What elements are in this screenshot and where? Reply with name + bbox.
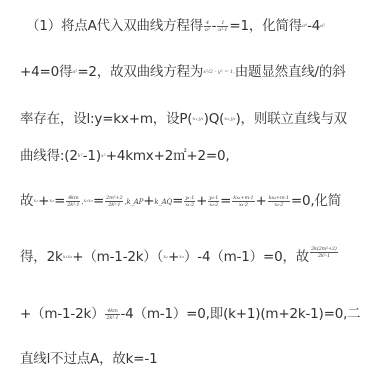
solution-line-4: 曲线得:(2k²-1)x²+4kmx+2㎡+2=0, bbox=[20, 147, 377, 165]
text-segment: 得，2k bbox=[20, 249, 63, 265]
text-segment: + bbox=[256, 193, 267, 209]
solution-line-7: +（m-1-2k）4km2k²-1-4（m-1）=0,即(k+1)(m+2k-1… bbox=[20, 305, 377, 323]
text-segment: - bbox=[212, 18, 217, 34]
inline-math-point-q-coords: x₂,y₂ bbox=[224, 116, 235, 122]
text-segment: +4kmx+2㎡+2=0, bbox=[106, 148, 230, 164]
text-segment: （1）将点A代入双曲线方程得 bbox=[26, 18, 203, 34]
text-segment: +（m-1-2k） bbox=[20, 306, 104, 322]
text-segment: ）-4（m-1）=0，故 bbox=[184, 249, 309, 265]
fraction-sum-of-roots: 4km2k²-1 bbox=[105, 308, 119, 321]
fraction-slope-ap: y₁-1x₁-2 bbox=[184, 195, 195, 208]
inline-math-x1x2: x₁x₂ bbox=[63, 254, 73, 260]
text-segment: =2，故双曲线方程为 bbox=[77, 64, 203, 80]
text-segment: 故 bbox=[20, 193, 33, 209]
inline-math-k-ap: k_AP bbox=[126, 198, 143, 206]
text-segment: =0,化简 bbox=[291, 193, 341, 209]
text-segment: =1，化简得 bbox=[229, 18, 302, 34]
math-solution-document: （1）将点A代入双曲线方程得4a²-1a²-1=1，化简得a⁴-4a² +4=0… bbox=[0, 0, 381, 381]
fraction-kx2-term: kx₂+m-1x₂-2 bbox=[268, 195, 290, 208]
text-segment: +4=0得 bbox=[20, 64, 72, 80]
inline-math-a2: a² bbox=[320, 23, 325, 29]
text-segment: -4 bbox=[307, 18, 320, 34]
text-segment: = bbox=[54, 193, 65, 209]
text-segment: = bbox=[93, 193, 104, 209]
solution-line-8: 直线l不过点A，故k=-1 bbox=[20, 350, 377, 368]
text-segment: 率存在，设l:y=kx+m，设P( bbox=[20, 111, 192, 127]
solution-line-5: 故x₁+x₂=4km2k²-1,x₁x₂=2m²+22k²-1,k_AP+k_A… bbox=[20, 192, 377, 211]
solution-line-3: 率存在，设l:y=kx+m，设P(x₁,y₁)Q(x₂,y₂)，则联立直线与双 bbox=[20, 110, 377, 128]
text-segment: + bbox=[196, 193, 207, 209]
text-segment: 曲线得:(2 bbox=[20, 148, 78, 164]
text-segment: 直线l不过点A，故k=-1 bbox=[20, 351, 157, 367]
solution-line-1: （1）将点A代入双曲线方程得4a²-1a²-1=1，化简得a⁴-4a² bbox=[26, 17, 377, 35]
inline-math-k-aq: k_AQ bbox=[154, 198, 172, 206]
fraction-product-of-roots: 2m²+22k²-1 bbox=[105, 195, 123, 208]
text-segment: 由题显然直线/的斜 bbox=[235, 64, 346, 80]
text-segment: + bbox=[38, 193, 49, 209]
text-segment: -4（m-1）=0,即(k+1)(m+2k-1)=0,二 bbox=[121, 306, 361, 322]
solution-line-2: +4=0得a²=2，故双曲线方程为x²/2 - y² = 1,由题显然直线/的斜 bbox=[20, 63, 377, 81]
fraction-4-over-a2: 4a² bbox=[204, 20, 211, 33]
fraction-1-over-a2-minus-1: 1a²-1 bbox=[217, 20, 228, 33]
text-segment: + bbox=[143, 193, 154, 209]
text-segment: -1) bbox=[83, 148, 101, 164]
fraction-kx1-term: kx₁+m-1x₁-2 bbox=[232, 195, 254, 208]
text-segment: )Q( bbox=[204, 111, 225, 127]
inline-math-point-p-coords: x₁,y₁ bbox=[192, 116, 203, 122]
text-segment: + bbox=[168, 249, 179, 265]
text-segment: +（m-1-2k）（ bbox=[72, 249, 163, 265]
fraction-slope-aq: y₂-1x₂-2 bbox=[208, 195, 219, 208]
text-segment: )，则联立直线与双 bbox=[235, 111, 346, 127]
inline-math-x1x2: x₁x₂ bbox=[83, 198, 93, 204]
text-segment: = bbox=[172, 193, 183, 209]
inline-math-hyperbola-equation: x²/2 - y² = 1, bbox=[203, 69, 235, 75]
solution-line-6: 得，2kx₁x₂+（m-1-2k）（x₁+x₂）-4（m-1）=0，故2k(2m… bbox=[20, 246, 377, 266]
fraction-2k-product: 2k(2m²+2)2k²-1 bbox=[310, 246, 338, 259]
fraction-sum-of-roots: 4km2k²-1 bbox=[66, 195, 80, 208]
text-segment: = bbox=[220, 193, 231, 209]
